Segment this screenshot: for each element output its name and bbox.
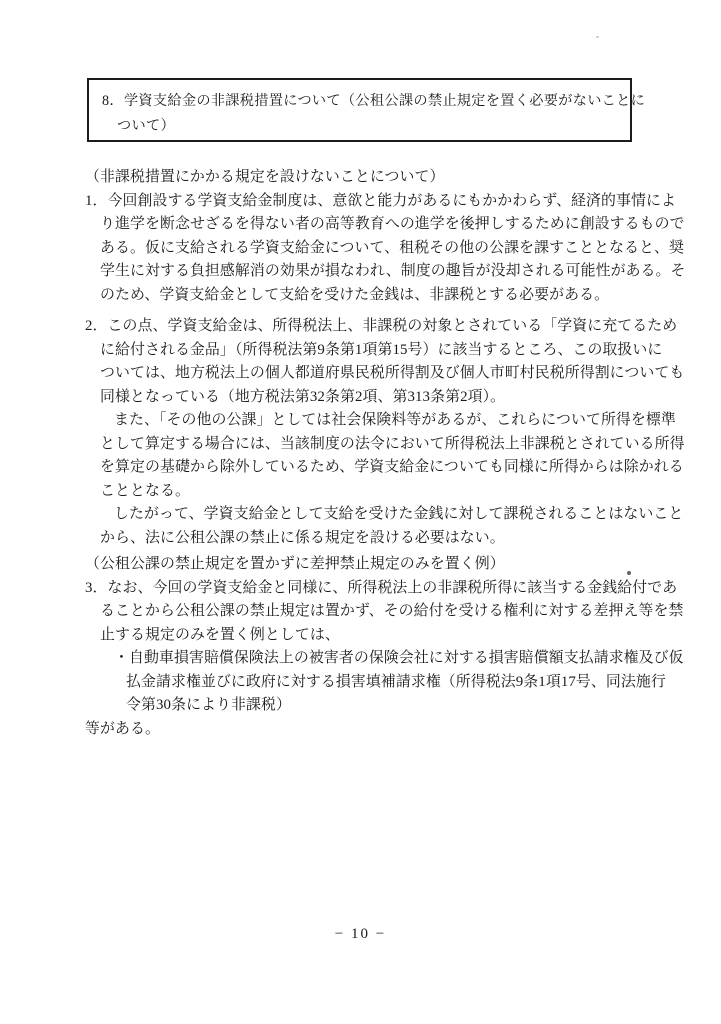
- document-page: 8．学資支給金の非課税措置について（公租公課の禁止規定を置く必要がないことに つ…: [0, 0, 721, 1024]
- bullet-line: 令第30条により非課税）: [85, 694, 651, 718]
- paragraph-line: 等がある。: [85, 718, 651, 742]
- paragraph-line: 2．この点、学資支給金は、所得税法上、非課税の対象とされている「学資に充てるため: [85, 315, 651, 339]
- paragraph-line: ることから公租公課の禁止規定は置かず、その給付を受ける権利に対する差押え等を禁: [85, 600, 651, 624]
- paragraph-line: こととなる。: [85, 480, 651, 504]
- paragraph-line: のため、学資支給金として支給を受けた金銭は、非課税とする必要がある。: [85, 284, 651, 308]
- paragraph-line: 3．なお、今回の学資支給金と同様に、所得税法上の非課税所得に該当する金銭給付であ: [85, 577, 651, 601]
- paragraph-line: ある。仮に支給される学資支給金について、租税その他の公課を課すこととなると、奨: [85, 237, 651, 261]
- document-body: （非課税措置にかかる規定を設けないことについて）1．今回創設する学資支給金制度は…: [85, 166, 651, 741]
- section-title-box: 8．学資支給金の非課税措置について（公租公課の禁止規定を置く必要がないことに つ…: [87, 78, 632, 142]
- paragraph-line: 1．今回創設する学資支給金制度は、意欲と能力があるにもかかわらず、経済的事情によ: [85, 190, 651, 214]
- paragraph-line: ついては、地方税法上の個人都道府県民税所得割及び個人市町村民税所得割についても: [85, 362, 651, 386]
- paragraph-line: を算定の基礎から除外しているため、学資支給金についても同様に所得からは除かれる: [85, 456, 651, 480]
- bullet-line: ・自動車損害賠償保険法上の被害者の保険会社に対する損害賠償額支払請求権及び仮: [85, 647, 651, 671]
- paragraph-line: また、「その他の公課」としては社会保険料等があるが、これらについて所得を標準: [85, 409, 651, 433]
- paragraph-line: 止する規定のみを置く例としては、: [85, 624, 651, 648]
- scan-speck: [627, 571, 631, 575]
- paragraph-line: として算定する場合には、当該制度の法令において所得税法上非課税とされている所得: [85, 433, 651, 457]
- note-heading-line: （公租公課の禁止規定を置かずに差押禁止規定のみを置く例）: [85, 553, 651, 577]
- paragraph-line: に給付される金品」（所得税法第9条第1項第15号）に該当するところ、この取扱いに: [85, 339, 651, 363]
- page-number: − 10 −: [0, 926, 721, 943]
- scan-speck: [596, 36, 599, 38]
- note-heading-line: （非課税措置にかかる規定を設けないことについて）: [85, 166, 651, 190]
- paragraph-line: 同様となっている（地方税法第32条第2項、第313条第2項）。: [85, 386, 651, 410]
- bullet-line: 払金請求権並びに政府に対する損害填補請求権（所得税法9条1項17号、同法施行: [85, 671, 651, 695]
- section-title-line-2: ついて）: [102, 114, 622, 139]
- paragraph-line: 学生に対する負担感解消の効果が損なわれ、制度の趣旨が没却される可能性がある。そ: [85, 260, 651, 284]
- paragraph-line: り進学を断念せざるを得ない者の高等教育への進学を後押しするために創設するもので: [85, 213, 651, 237]
- paragraph-line: したがって、学資支給金として支給を受けた金銭に対して課税されることはないこと: [85, 503, 651, 527]
- section-title-line-1: 8．学資支給金の非課税措置について（公租公課の禁止規定を置く必要がないことに: [102, 89, 622, 114]
- paragraph-line: から、法に公租公課の禁止に係る規定を設ける必要はない。: [85, 527, 651, 551]
